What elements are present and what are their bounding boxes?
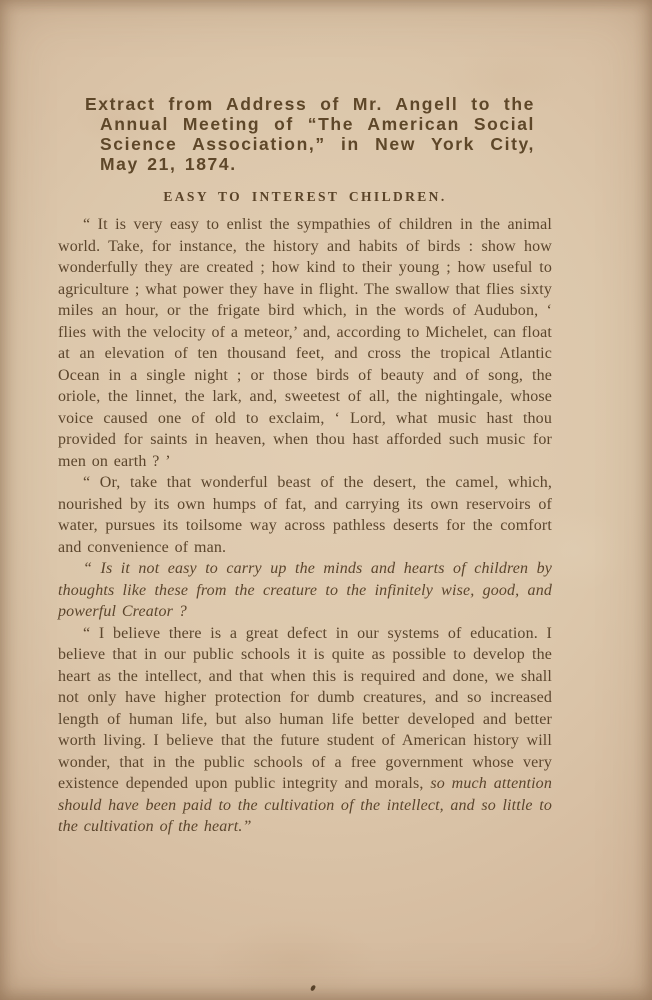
paragraph: “ Is it not easy to carry up the minds a… [58, 558, 552, 623]
paragraph-text: “ I believe there is a great defect in o… [58, 625, 552, 793]
paragraph-text: “ Or, take that wonderful beast of the d… [58, 474, 552, 556]
page-title-line-1: Extract from Address of Mr. Angell to th… [85, 94, 535, 114]
page-title-line-4: May 21, 1874. [100, 154, 535, 174]
page-title: Extract from Address of Mr. Angell to th… [85, 94, 535, 174]
paragraphs: “ It is very easy to enlist the sympathi… [58, 214, 552, 838]
paragraph: “ Or, take that wonderful beast of the d… [58, 472, 552, 558]
ink-speck [310, 984, 316, 991]
paragraph-text: “ It is very easy to enlist the sympathi… [58, 216, 552, 470]
section-heading: EASY TO INTEREST CHILDREN. [58, 189, 552, 205]
paragraph: “ It is very easy to enlist the sympathi… [58, 214, 552, 472]
page-content: Extract from Address of Mr. Angell to th… [58, 94, 552, 838]
page-title-line-2: Annual Meeting of “The American Social [100, 114, 535, 134]
paragraph-italic-text: “ Is it not easy to carry up the minds a… [58, 560, 552, 620]
paragraph: “ I believe there is a great defect in o… [58, 623, 552, 838]
page-title-line-3: Science Association,” in New York City, [100, 134, 535, 154]
document-page: Extract from Address of Mr. Angell to th… [0, 0, 652, 1000]
